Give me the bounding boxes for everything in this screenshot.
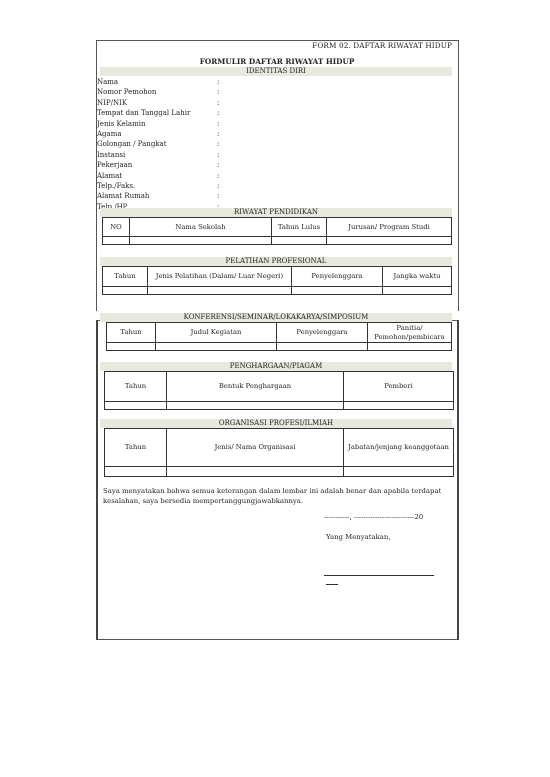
field-label: Alamat Rumah [97, 192, 149, 200]
section-heading-identitas: IDENTITAS DIRI [100, 67, 452, 76]
table-penghargaan: Tahun Bentuk Penghargaan Pemberi [104, 371, 454, 410]
table-cell[interactable] [368, 343, 452, 351]
col-header: Judul Kegiatan [156, 323, 277, 343]
field-colon: : [217, 129, 219, 139]
field-colon: : [217, 150, 219, 160]
table-cell[interactable] [383, 287, 452, 295]
declaration-text: Saya menyatakan bahwa semua keterangan d… [103, 486, 453, 506]
table-cell[interactable] [148, 287, 292, 295]
section-heading-organisasi: ORGANISASI PROFESI/ILMIAH [100, 419, 452, 428]
col-header: Jenis Pelatihan (Dalam/ Luar Negeri) [148, 267, 292, 287]
col-header: Bentuk Penghargaan [167, 372, 344, 402]
identity-field-row[interactable]: Alamat: [97, 171, 297, 181]
table-cell[interactable] [103, 237, 130, 245]
identity-field-row[interactable]: Instansi: [97, 150, 297, 160]
section-heading-penghargaan: PENGHARGAAN/PIAGAM [100, 362, 452, 371]
table-cell[interactable] [292, 287, 383, 295]
table-cell[interactable] [167, 402, 344, 410]
identity-field-row[interactable]: Jenis Kelamin: [97, 119, 297, 129]
table-cell[interactable] [130, 237, 272, 245]
field-label: Telp./Faks. [97, 182, 135, 190]
field-colon: : [217, 87, 219, 97]
identity-field-row[interactable]: Alamat Rumah: [97, 191, 297, 201]
signature-line[interactable] [324, 575, 434, 576]
table-pelatihan: Tahun Jenis Pelatihan (Dalam/ Luar Neger… [102, 266, 452, 295]
col-header: Panitia/ Pemohon/pembicara [368, 323, 452, 343]
form-page: FORM 02. DAFTAR RIWAYAT HIDUP FORMULIR D… [96, 40, 458, 600]
table-cell[interactable] [105, 402, 167, 410]
table-cell[interactable] [344, 467, 454, 477]
table-konferensi: Tahun Judul Kegiatan Penyelenggara Panit… [106, 322, 452, 351]
col-header: Jenis/ Nama Organisasi [167, 429, 344, 467]
form-title: FORMULIR DAFTAR RIWAYAT HIDUP [96, 57, 458, 66]
field-colon: : [217, 171, 219, 181]
section-heading-pelatihan: PELATIHAN PROFESIONAL [100, 257, 452, 266]
section-heading-pendidikan: RIWAYAT PENDIDIKAN [100, 208, 452, 217]
col-header: Jabatan/jenjang keanggotaan [344, 429, 454, 467]
col-header: Jurusan/ Program Studi [327, 218, 452, 237]
col-header: Tahun [105, 372, 167, 402]
table-cell[interactable] [167, 467, 344, 477]
col-header: Pemberi [344, 372, 454, 402]
col-header: NO [103, 218, 130, 237]
identity-field-row[interactable]: Nomor Pemohon: [97, 87, 297, 97]
field-label: Jenis Kelamin [97, 120, 146, 128]
field-colon: : [217, 119, 219, 129]
field-label: Golongan / Pangkat [97, 140, 167, 148]
section-heading-konferensi: KONFERENSI/SEMINAR/LOKAKARYA/SIMPOSIUM [100, 313, 452, 322]
identity-fields: Nama:Nomor Pemohon:NIP/NIK:Tempat dan Ta… [97, 77, 297, 212]
identity-field-row[interactable]: Tempat dan Tanggal Lahir: [97, 108, 297, 118]
table-cell[interactable] [344, 402, 454, 410]
table-cell[interactable] [105, 467, 167, 477]
field-colon: : [217, 108, 219, 118]
field-colon: : [217, 191, 219, 201]
col-header: Penyelenggara [277, 323, 368, 343]
identity-field-row[interactable]: Golongan / Pangkat: [97, 139, 297, 149]
field-label: Tempat dan Tanggal Lahir [97, 109, 190, 117]
field-label: NIP/NIK [97, 99, 127, 107]
col-header: Jangka waktu [383, 267, 452, 287]
table-cell[interactable] [327, 237, 452, 245]
identity-field-row[interactable]: Nama: [97, 77, 297, 87]
field-colon: : [217, 181, 219, 191]
field-label: Agama [97, 130, 122, 138]
form-code: FORM 02. DAFTAR RIWAYAT HIDUP [312, 41, 452, 50]
identity-field-row[interactable]: Pekerjaan: [97, 160, 297, 170]
col-header: Tahun [107, 323, 156, 343]
field-colon: : [217, 77, 219, 87]
table-cell[interactable] [107, 343, 156, 351]
field-colon: : [217, 139, 219, 149]
place-date-line[interactable]: -----------, --------------------------2… [324, 513, 423, 521]
col-header: Nama Sekolah [130, 218, 272, 237]
identity-field-row[interactable]: NIP/NIK: [97, 98, 297, 108]
table-cell[interactable] [103, 287, 148, 295]
signature-line-short [326, 584, 338, 585]
field-label: Nomor Pemohon [97, 88, 156, 96]
table-cell[interactable] [272, 237, 327, 245]
field-label: Alamat [97, 172, 122, 180]
field-label: Pekerjaan [97, 161, 132, 169]
table-cell[interactable] [156, 343, 277, 351]
field-colon: : [217, 160, 219, 170]
table-cell[interactable] [277, 343, 368, 351]
col-header: Tahun [103, 267, 148, 287]
table-organisasi: Tahun Jenis/ Nama Organisasi Jabatan/jen… [104, 428, 454, 477]
field-label: Nama [97, 78, 118, 86]
identity-field-row[interactable]: Agama: [97, 129, 297, 139]
col-header: Tahun [105, 429, 167, 467]
table-pendidikan: NO Nama Sekolah Tahun Lulus Jurusan/ Pro… [102, 217, 452, 245]
col-header: Penyelenggara [292, 267, 383, 287]
field-colon: : [217, 98, 219, 108]
signer-label: Yang Menyatakan, [326, 533, 391, 541]
identity-field-row[interactable]: Telp./Faks.: [97, 181, 297, 191]
col-header: Tahun Lulus [272, 218, 327, 237]
field-label: Instansi [97, 151, 125, 159]
